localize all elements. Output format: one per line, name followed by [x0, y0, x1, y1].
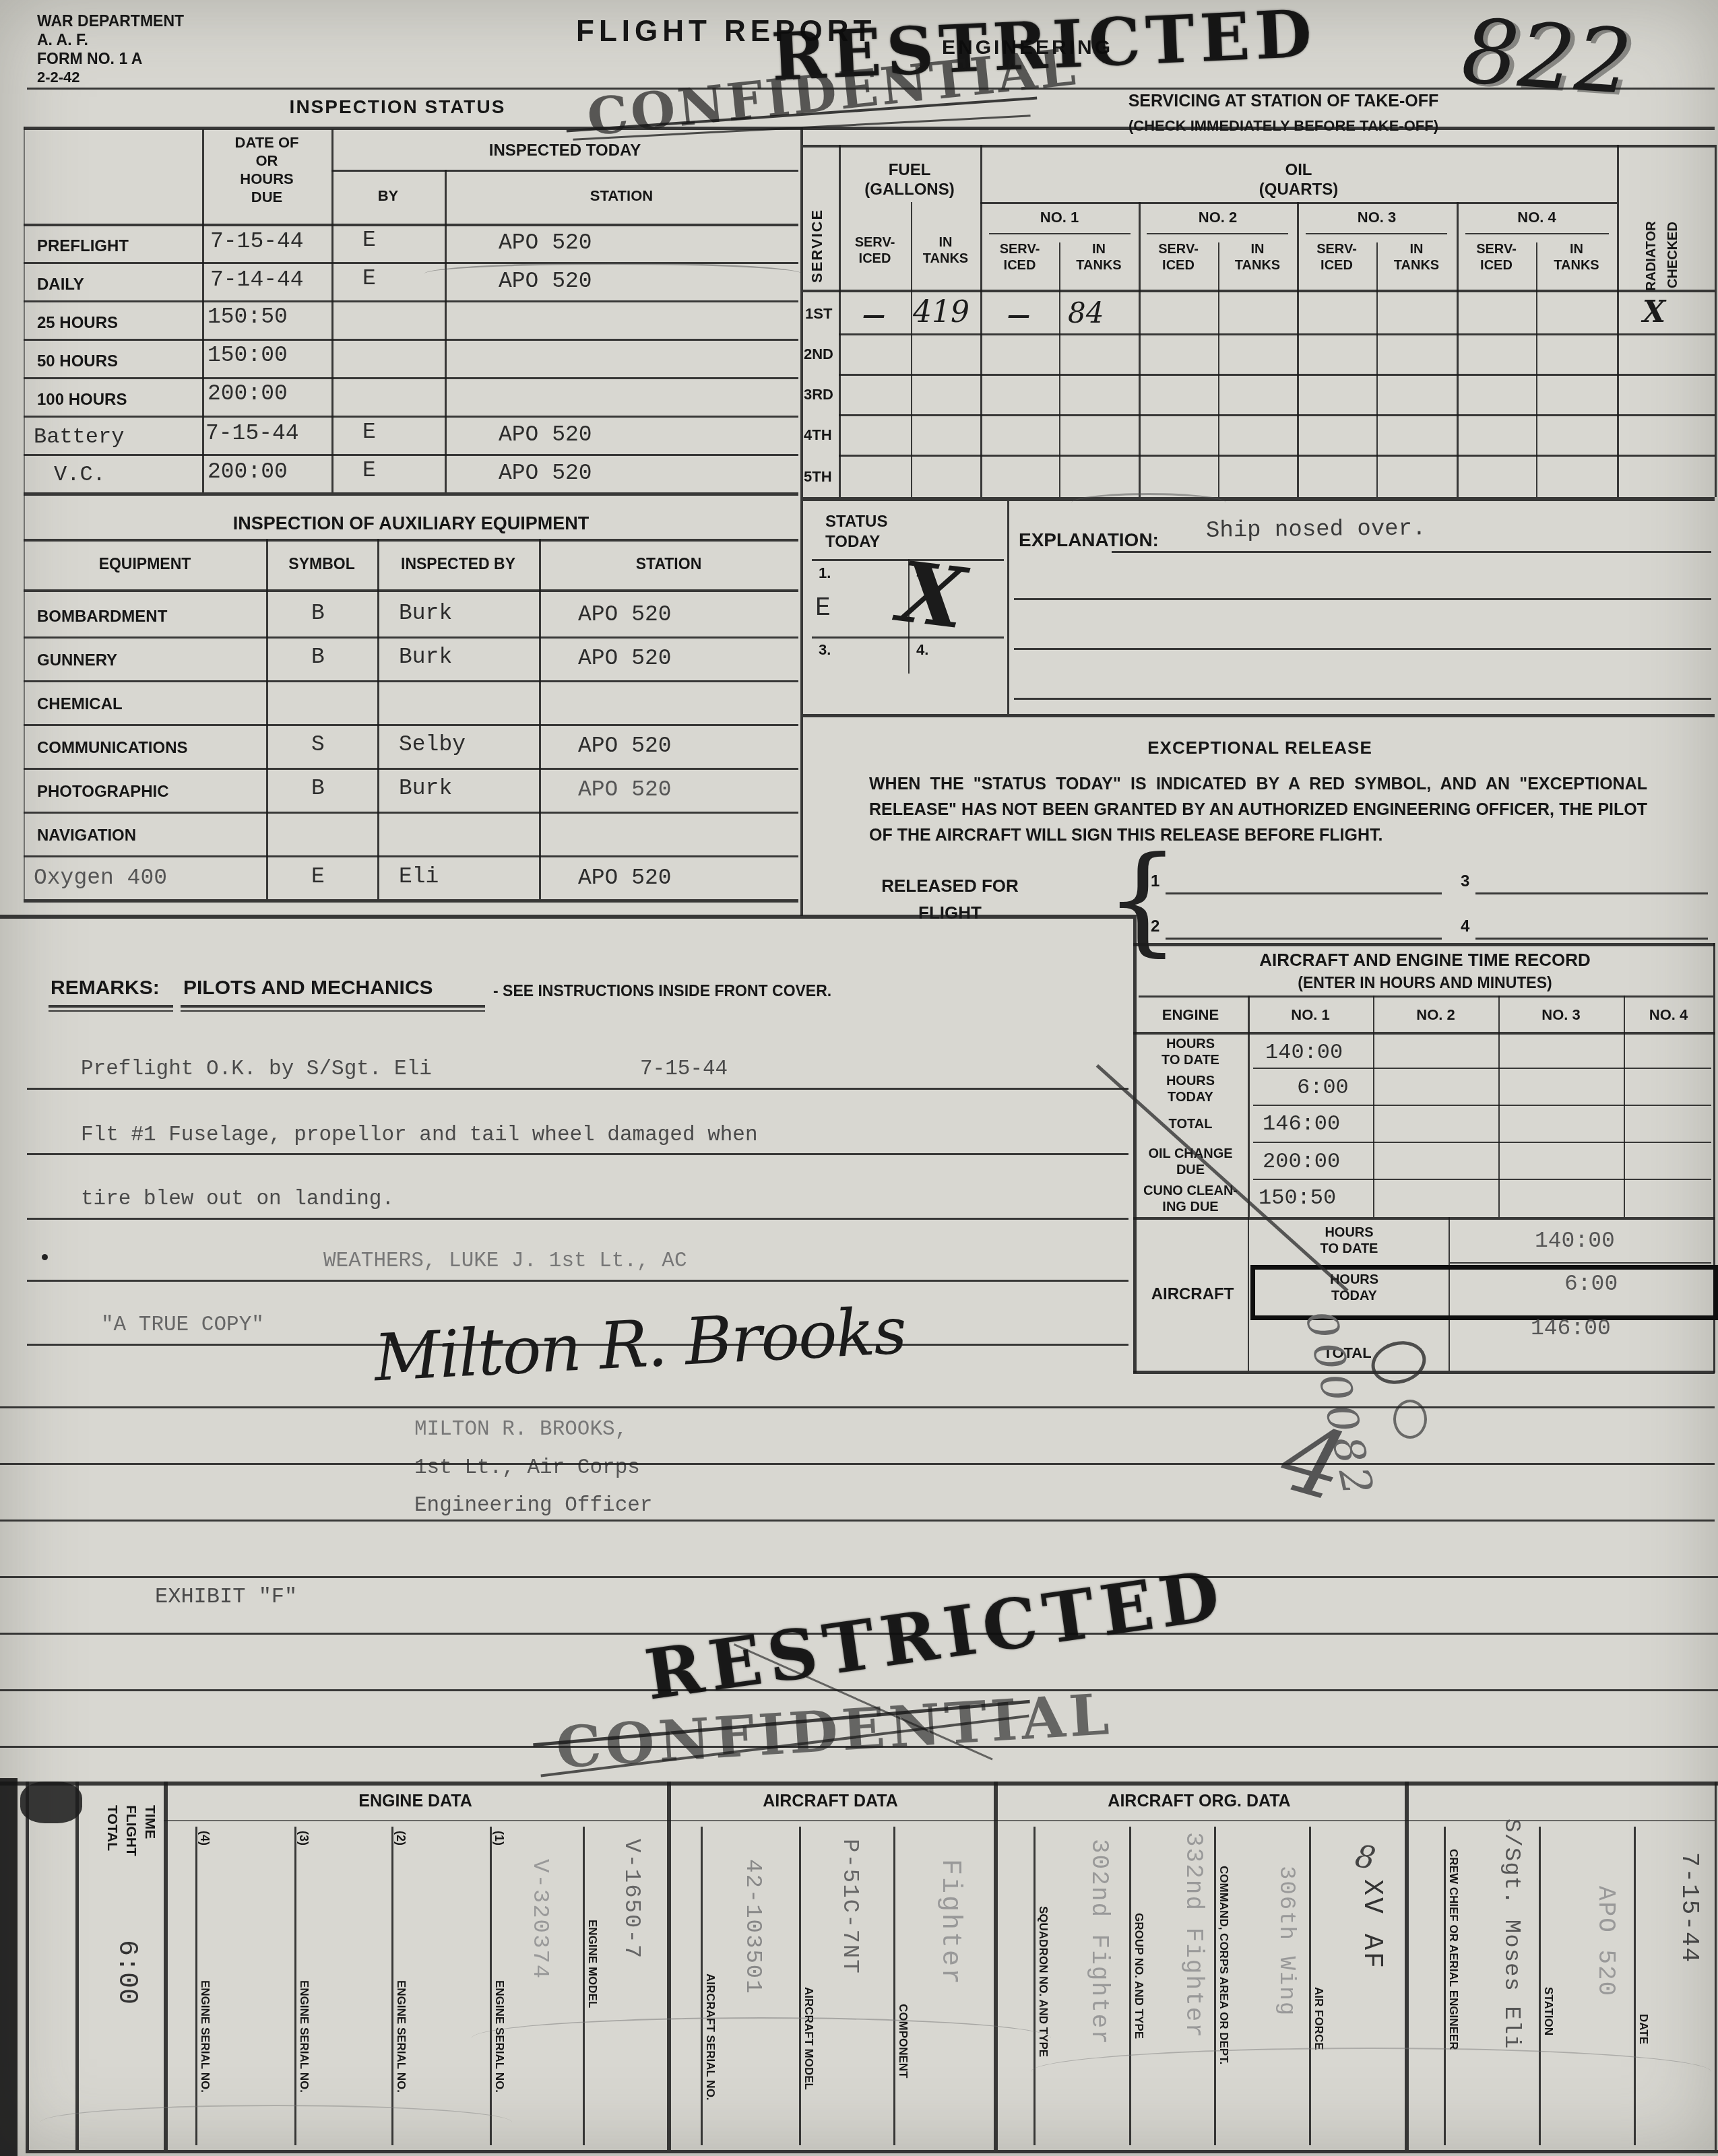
rule [0, 1782, 1718, 1786]
engine-serial-1-value: V-320374 [527, 1859, 552, 1980]
no2-serviced-label: SERV- ICED [1139, 241, 1218, 273]
no1-in-tanks-value: 84 [1068, 296, 1104, 329]
rule [980, 145, 982, 497]
aux-row-photographic: PHOTOGRAPHIC [37, 783, 169, 802]
aux-row-gunnery: GUNNERY [37, 651, 117, 670]
rule [994, 1782, 998, 2150]
rule [1536, 242, 1537, 497]
total-flight-time-word2: FLIGHT [123, 1805, 139, 1856]
rule [1306, 233, 1447, 234]
handwritten-8: 8 [1353, 1837, 1378, 1876]
oxygen-symbol: E [311, 864, 325, 889]
time-record-title: AIRCRAFT AND ENGINE TIME RECORD [1139, 950, 1711, 971]
rule [1248, 995, 1250, 1217]
rule [24, 855, 798, 857]
rule [181, 1010, 485, 1012]
rule [1133, 1371, 1715, 1374]
service-row-5th: 5TH [804, 468, 832, 486]
rule [24, 724, 798, 726]
rule [0, 1576, 1718, 1578]
rule [27, 1280, 1128, 1282]
signed-title: Engineering Officer [414, 1494, 652, 1517]
rule [490, 1827, 492, 2145]
col-inspected-today: INSPECTED TODAY [331, 141, 798, 160]
time-record-subtitle: (ENTER IN HOURS AND MINUTES) [1139, 974, 1711, 992]
gunnery-station: APO 520 [578, 646, 672, 671]
service-row-1st: 1ST [805, 305, 832, 323]
rule [1248, 1217, 1249, 1371]
rule [49, 1005, 173, 1008]
col-station: STATION [445, 187, 798, 205]
signed-rank: 1st Lt., Air Corps [414, 1456, 640, 1480]
service-row-3rd: 3RD [804, 386, 833, 403]
col-by: BY [331, 187, 445, 205]
remarks-line2: Flt #1 Fuselage, propellor and tail whee… [81, 1123, 758, 1147]
rule [164, 1782, 168, 2150]
aux-row-navigation: NAVIGATION [37, 826, 136, 845]
engine-serial-3-label: ENGINE SERIAL NO. [297, 1980, 311, 2093]
rule [49, 1010, 173, 1012]
rule [26, 1782, 29, 2150]
rule [1457, 202, 1459, 497]
engine-serial-4-number: (4) [197, 1831, 212, 1845]
group-label: GROUP NO. AND TYPE [1132, 1913, 1145, 2039]
rule [27, 1218, 1128, 1220]
rule [893, 1827, 895, 2145]
rule [24, 636, 798, 639]
daily-by: E [362, 266, 376, 291]
rule [1253, 1068, 1711, 1069]
photographic-by: Burk [399, 776, 452, 801]
tr-row-total: TOTAL [1133, 1117, 1248, 1132]
release-line-4-number: 4 [1461, 917, 1469, 936]
pencil-squiggle [472, 2017, 1051, 2059]
rule [1475, 892, 1708, 894]
bombardment-symbol: B [311, 601, 325, 626]
rule [1444, 1827, 1446, 2145]
rule [24, 300, 798, 302]
fuel-in-tanks-value: 419 [913, 295, 969, 329]
rule [812, 636, 1004, 639]
vc-station: APO 520 [499, 461, 592, 486]
vc-by: E [362, 458, 376, 483]
gunnery-by: Burk [399, 645, 452, 669]
25-hours-due: 150:50 [208, 304, 288, 329]
rule [24, 492, 798, 496]
pencil-circle [1366, 1335, 1430, 1390]
form-agency: WAR DEPARTMENT [37, 12, 184, 30]
no3-serviced-label: SERV- ICED [1297, 241, 1376, 273]
service-row-4th: 4TH [804, 426, 832, 444]
rule [1253, 1142, 1711, 1143]
service-row-2nd: 2ND [804, 346, 833, 363]
rule [1014, 598, 1711, 600]
form-number: FORM NO. 1 A [37, 50, 142, 68]
rule [1715, 145, 1717, 497]
rule [24, 539, 798, 542]
rule [1133, 1217, 1715, 1220]
rule [1033, 1827, 1036, 2145]
pencil-squiggle [1071, 493, 1226, 513]
exhibit-note: EXHIBIT "F" [155, 1584, 297, 1609]
oil-no3-header: NO. 3 [1297, 209, 1457, 226]
rule [1617, 145, 1619, 497]
rule [839, 333, 1715, 335]
rule [24, 377, 798, 379]
rule [1297, 202, 1299, 497]
status-entry-letter: E [815, 594, 831, 623]
oil-no1-header: NO. 1 [980, 209, 1139, 226]
radiator-check-mark: X [1643, 295, 1665, 329]
battery-date: 7-15-44 [205, 421, 299, 446]
rule [24, 339, 798, 341]
no3-in-tanks-label: IN TANKS [1376, 241, 1457, 273]
rule [1133, 943, 1715, 946]
release-line-1-number: 1 [1151, 872, 1159, 891]
100-hours-due: 200:00 [208, 381, 288, 406]
rule [1166, 938, 1442, 940]
rule [24, 454, 798, 456]
fuel-in-tanks-label: IN TANKS [911, 234, 980, 267]
engine-model-label: ENGINE MODEL [585, 1920, 599, 2008]
preflight-by: E [362, 228, 376, 253]
rule [1715, 1782, 1717, 2150]
aux-row-chemical: CHEMICAL [37, 695, 123, 714]
rule [24, 680, 798, 682]
crew-chief-value: S/Sgt. Moses Eli [1498, 1819, 1524, 2049]
ink-dot [42, 1254, 48, 1260]
communications-symbol: S [311, 732, 325, 757]
rule [839, 455, 1715, 457]
rule [266, 539, 268, 899]
form-date: 2-2-42 [37, 69, 80, 86]
pencil-squiggle [40, 2105, 512, 2140]
rule [1253, 1179, 1711, 1180]
pencil-circle [1393, 1400, 1427, 1439]
aux-row-oxygen: Oxygen 400 [34, 865, 167, 890]
aircraft-serial-value: 42-103501 [740, 1859, 765, 1995]
brace: { [1105, 832, 1180, 969]
fuel-header: FUEL (GALLONS) [839, 160, 980, 199]
rule [391, 1827, 393, 2145]
remarks-line3: tire blew out on landing. [81, 1187, 394, 1211]
photographic-symbol: B [311, 776, 325, 801]
explanation-label: EXPLANATION: [1019, 529, 1159, 551]
rule [27, 1088, 1128, 1090]
inspection-status-title: INSPECTION STATUS [229, 96, 566, 118]
tr-cuno-no1: 150:50 [1259, 1185, 1336, 1210]
servicing-title: SERVICING AT STATION OF TAKE-OFF [997, 92, 1570, 111]
rule [331, 170, 798, 172]
oil-no4-header: NO. 4 [1457, 209, 1617, 226]
bombardment-by: Burk [399, 601, 452, 626]
rule [1475, 938, 1708, 940]
rule [377, 539, 379, 899]
tr-aircraft-label: AIRCRAFT [1139, 1285, 1246, 1304]
total-flight-time-value: 6:00 [111, 1940, 141, 2004]
rule [26, 2150, 1718, 2153]
squadron-value: 302nd Fighter [1085, 1839, 1113, 2046]
rule [803, 145, 1715, 148]
remarks-label3: - SEE INSTRUCTIONS INSIDE FRONT COVER. [493, 982, 831, 1000]
release-line-2-number: 2 [1151, 917, 1159, 936]
rule [75, 1782, 79, 2150]
radiator-label-word1: RADIATOR [1644, 221, 1659, 291]
rule [1253, 1105, 1711, 1106]
oil-header: OIL (QUARTS) [980, 160, 1617, 199]
flight-report-scan: WAR DEPARTMENT A. A. F. FORM NO. 1 A 2-2… [0, 0, 1718, 2156]
component-value: Fighter [934, 1859, 965, 1986]
rule [0, 915, 1133, 919]
rule [583, 1827, 585, 2145]
row-label-100-hours: 100 HOURS [37, 391, 127, 410]
tr-row-hours-to-date: HOURS TO DATE [1133, 1036, 1248, 1068]
rule [27, 88, 1715, 90]
rule [24, 768, 798, 770]
air-force-label: AIR FORCE [1312, 1987, 1325, 2050]
radiator-label-word2: CHECKED [1665, 222, 1681, 288]
engine-serial-3-number: (3) [296, 1831, 311, 1845]
total-flight-time-word1: TOTAL [104, 1805, 120, 1851]
rule [1214, 1827, 1216, 2145]
engine-model-value: V-1650-7 [618, 1839, 644, 1959]
preflight-date: 7-15-44 [210, 229, 304, 254]
no4-in-tanks-label: IN TANKS [1536, 241, 1617, 273]
rule [1147, 233, 1288, 234]
pencil-squiggle [1031, 2048, 1711, 2096]
station-label: STATION [1541, 1987, 1555, 2035]
row-label-battery: Battery [34, 424, 124, 449]
aux-col-station: STATION [539, 555, 798, 573]
bombardment-station: APO 520 [578, 602, 672, 627]
remarks-line1-date: 7-15-44 [640, 1057, 728, 1081]
rule [181, 1005, 485, 1008]
exceptional-release-title: EXCEPTIONAL RELEASE [943, 738, 1577, 758]
tr-col-no4: NO. 4 [1624, 1006, 1713, 1024]
date-label: DATE [1636, 2014, 1650, 2044]
servicing-subtitle: (CHECK IMMEDIATELY BEFORE TAKE-OFF) [997, 117, 1570, 135]
rule [1498, 995, 1500, 1217]
aux-col-equipment: EQUIPMENT [24, 555, 266, 573]
rule [1007, 501, 1009, 714]
rule [799, 1827, 801, 2145]
signature-script: Milton R. Brooks [373, 1293, 908, 1396]
rule [803, 290, 1715, 292]
rule [800, 127, 803, 916]
col-date-of-hours-due: DATE OF OR HOURS DUE [205, 133, 328, 206]
50-hours-due: 150:00 [208, 343, 288, 368]
rule [24, 812, 798, 814]
gunnery-symbol: B [311, 645, 325, 669]
communications-by: Selby [399, 732, 466, 757]
pencil-squiggle [424, 263, 802, 285]
engine-serial-4-label: ENGINE SERIAL NO. [198, 1980, 212, 2093]
row-label-vc: V.C. [54, 462, 106, 487]
rule [1539, 1827, 1541, 2145]
engine-serial-2-label: ENGINE SERIAL NO. [394, 1980, 408, 2093]
battery-station: APO 520 [499, 422, 592, 447]
rule [195, 1827, 197, 2145]
tr-aircraft-hours-to-date-value: 140:00 [1535, 1229, 1615, 1253]
rule [839, 414, 1715, 416]
rule [1014, 648, 1711, 650]
fuel-serviced-label: SERV- ICED [839, 234, 911, 267]
preflight-station: APO 520 [499, 230, 592, 255]
tr-oil-change-no1: 200:00 [1263, 1149, 1340, 1174]
tr-aircraft-hours-today-value: 6:00 [1564, 1272, 1618, 1297]
rule [1634, 1827, 1636, 2145]
rule [294, 1827, 296, 2145]
crew-chief-label: CREW CHIEF OR AERIAL ENGINEER [1446, 1849, 1460, 2050]
rule [1218, 242, 1219, 497]
vc-date: 200:00 [208, 459, 288, 484]
rule [24, 416, 798, 418]
rule [24, 899, 798, 903]
rule [1129, 1827, 1131, 2145]
rule [989, 233, 1131, 234]
rule [0, 1463, 1715, 1465]
rule [24, 224, 798, 226]
group-value: 332nd Fighter [1180, 1832, 1207, 2039]
tr-total-no1: 146:00 [1263, 1111, 1340, 1136]
communications-station: APO 520 [578, 733, 672, 758]
tr-col-no3: NO. 3 [1498, 1006, 1624, 1024]
true-copy-note: "A TRUE COPY" [101, 1313, 264, 1337]
rule [701, 1827, 703, 2145]
signed-name: MILTON R. BROOKS, [414, 1418, 627, 1441]
tr-col-no1: NO. 1 [1248, 1006, 1373, 1024]
rule [803, 714, 1715, 717]
rule [1309, 1827, 1311, 2145]
tr-col-engine: ENGINE [1133, 1006, 1248, 1024]
aircraft-data-title: AIRCRAFT DATA [667, 1792, 994, 1811]
row-label-25-hours: 25 HOURS [37, 314, 118, 333]
rule [1014, 698, 1711, 700]
rule [1376, 242, 1378, 497]
oxygen-by: Eli [399, 864, 439, 889]
status-x-mark: X [894, 544, 970, 649]
scan-edge-smudge [0, 1778, 18, 2156]
tr-row-hours-today: HOURS TODAY [1133, 1073, 1248, 1105]
battery-by: E [362, 420, 376, 445]
tr-aircraft-total-value: 146:00 [1531, 1316, 1611, 1341]
remarks-label: REMARKS: [51, 977, 160, 1000]
photographic-station: APO 520 [578, 777, 672, 802]
rule [0, 1689, 1718, 1691]
exceptional-release-body: WHEN THE "STATUS TODAY" IS INDICATED BY … [869, 771, 1647, 848]
rule [1166, 892, 1442, 894]
pilot-signature-line: WEATHERS, LUKE J. 1st Lt., AC [323, 1249, 687, 1273]
fuel-serviced-check: — [862, 302, 885, 329]
rule [0, 1406, 1715, 1408]
rule [1059, 242, 1060, 497]
rule [27, 1153, 1128, 1155]
status-q1: 1. [819, 564, 831, 582]
scan-blotch [20, 1782, 82, 1823]
remarks-line1: Preflight O.K. by S/Sgt. Eli [81, 1057, 432, 1081]
rule [1112, 551, 1711, 553]
aux-title: INSPECTION OF AUXILIARY EQUIPMENT [108, 513, 714, 534]
station-value: APO 520 [1592, 1886, 1620, 1997]
oil-no2-header: NO. 2 [1139, 209, 1297, 226]
oxygen-station: APO 520 [578, 865, 672, 890]
remarks-label2: PILOTS AND MECHANICS [183, 977, 433, 1000]
rule [1465, 233, 1609, 234]
row-label-50-hours: 50 HOURS [37, 352, 118, 371]
explanation-value: Ship nosed over. [1206, 516, 1426, 544]
engine-serial-2-number: (2) [393, 1831, 408, 1845]
rule [24, 589, 798, 592]
rule [539, 539, 541, 899]
rule [1139, 202, 1141, 497]
rule [164, 1820, 1715, 1821]
date-value: 7-15-44 [1676, 1852, 1703, 1963]
status-q4: 4. [916, 641, 928, 659]
no4-serviced-label: SERV- ICED [1457, 241, 1536, 273]
rule [331, 129, 333, 492]
rule [1624, 995, 1625, 1217]
tr-hours-to-date-no1: 140:00 [1265, 1040, 1343, 1065]
no1-serviced-label: SERV- ICED [980, 241, 1059, 273]
rule [839, 374, 1715, 376]
release-line-3-number: 3 [1461, 872, 1469, 891]
row-label-preflight: PREFLIGHT [37, 237, 129, 256]
rule [0, 1520, 1715, 1522]
rule [1139, 995, 1713, 998]
rule [24, 127, 25, 899]
engine-serial-1-number: (1) [492, 1831, 506, 1845]
tr-hours-today-no1: 6:00 [1297, 1075, 1349, 1100]
no1-serviced-check: — [1007, 302, 1030, 329]
rule [1450, 1262, 1711, 1264]
form-branch: A. A. F. [37, 31, 88, 49]
rule [1373, 995, 1374, 1217]
confidential-stamp-bottom: CONFIDENTIAL [554, 1680, 1115, 1781]
rule [803, 497, 1715, 501]
aux-row-communications: COMMUNICATIONS [37, 739, 188, 758]
aux-row-bombardment: BOMBARDMENT [37, 608, 167, 626]
row-label-daily: DAILY [37, 275, 84, 294]
status-q3: 3. [819, 641, 831, 659]
tr-col-no2: NO. 2 [1373, 1006, 1498, 1024]
aux-col-symbol: SYMBOL [266, 555, 377, 573]
rule [1133, 1032, 1715, 1035]
rule [202, 129, 204, 492]
total-flight-time-word3: TIME [141, 1805, 158, 1839]
daily-date: 7-14-44 [210, 267, 304, 292]
tr-aircraft-hours-today-label: HOURS TODAY [1260, 1272, 1449, 1304]
command-label: COMMAND, CORPS AREA OR DEPT. [1217, 1866, 1230, 2064]
air-force-value: XV AF [1356, 1879, 1387, 1970]
command-value: 306th Wing [1273, 1866, 1299, 2017]
no1-in-tanks-label: IN TANKS [1059, 241, 1139, 273]
service-col-label: SERVICE [808, 209, 826, 283]
rule [1133, 915, 1137, 1373]
rule [445, 170, 447, 492]
status-today-title: STATUS TODAY [825, 512, 887, 552]
aux-col-inspected-by: INSPECTED BY [377, 555, 539, 573]
no2-in-tanks-label: IN TANKS [1218, 241, 1297, 273]
rule [667, 1782, 671, 2150]
org-data-title: AIRCRAFT ORG. DATA [994, 1792, 1405, 1811]
aircraft-model-value: P-51C-7NT [837, 1839, 862, 1975]
engine-data-title: ENGINE DATA [164, 1792, 667, 1811]
